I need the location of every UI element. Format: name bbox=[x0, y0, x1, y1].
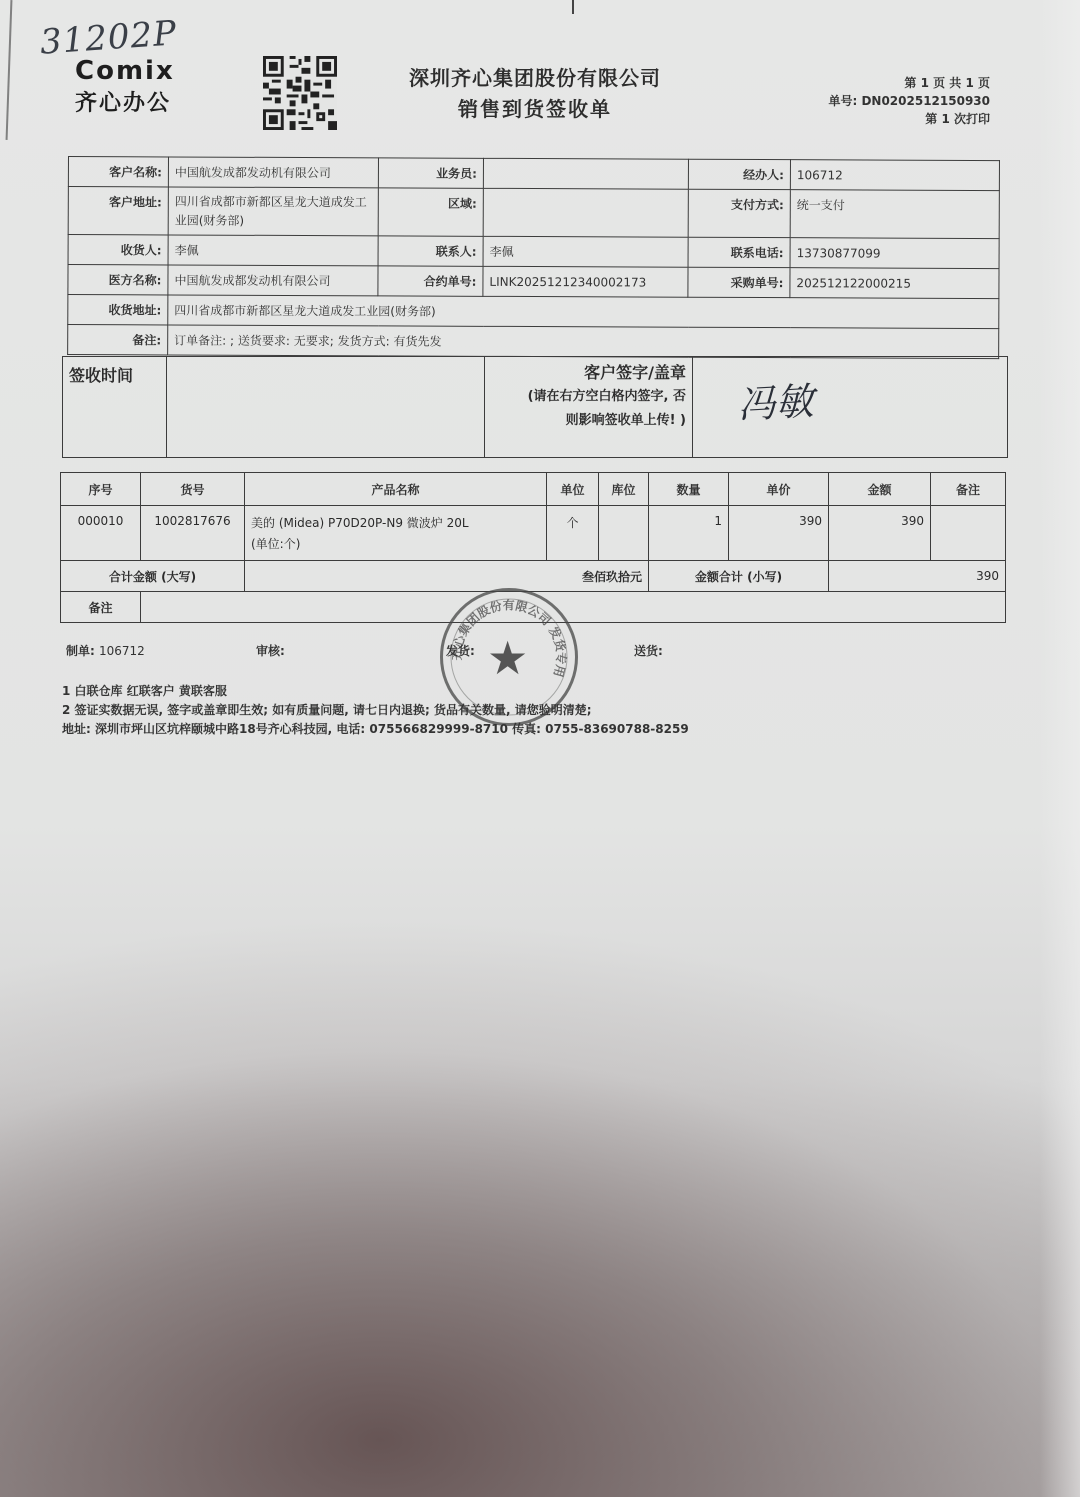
col-amount: 金额 bbox=[829, 473, 931, 506]
deliver-label: 送货: bbox=[634, 642, 663, 659]
customer-name-label: 客户名称: bbox=[68, 157, 168, 187]
print-count: 第 1 次打印 bbox=[828, 110, 990, 128]
page-info: 第 1 页 共 1 页 bbox=[828, 74, 990, 92]
note-terms: 2 签证实数据无误, 签字或盖章即生效; 如有质量问题, 请七日内退换; 货品有… bbox=[62, 701, 689, 720]
total-lower-label: 金额合计 (小写) bbox=[649, 561, 829, 592]
qr-code-icon bbox=[260, 56, 340, 130]
salesperson-label: 业务员: bbox=[378, 158, 483, 188]
footer-notes: 1 白联仓库 红联客户 黄联客服 2 签证实数据无误, 签字或盖章即生效; 如有… bbox=[62, 682, 689, 739]
note-address: 地址: 深圳市坪山区坑梓颐城中路18号齐心科技园, 电话: 0755668299… bbox=[62, 720, 689, 739]
sign-instruction-line1: (请在右方空白格内签字, 否 bbox=[491, 385, 686, 409]
region bbox=[483, 188, 688, 237]
star-icon: ★ bbox=[487, 631, 528, 685]
col-seq: 序号 bbox=[61, 473, 141, 506]
total-row: 合计金额 (大写) 叁佰玖拾元 金额合计 (小写) 390 bbox=[61, 561, 1006, 592]
item-amount: 390 bbox=[829, 506, 931, 561]
document-meta: 第 1 页 共 1 页 单号: DN0202512150930 第 1 次打印 bbox=[828, 74, 990, 128]
total-lower: 390 bbox=[829, 561, 1006, 592]
logo-brand: Comix bbox=[75, 58, 175, 84]
items-header-row: 序号 货号 产品名称 单位 库位 数量 单价 金额 备注 bbox=[61, 473, 1006, 506]
item-unit: 个 bbox=[547, 506, 599, 561]
item-name-line2: (单位:个) bbox=[251, 535, 540, 552]
contact: 李佩 bbox=[483, 236, 688, 267]
document-title: 销售到货签收单 bbox=[380, 93, 690, 122]
sign-off-table: 签收时间 客户签字/盖章 (请在右方空白格内签字, 否 则影响签收单上传! ) … bbox=[62, 356, 1008, 458]
customer-address: 四川省成都市新都区星龙大道成发工业园(财务部) bbox=[168, 187, 378, 236]
col-price: 单价 bbox=[729, 473, 829, 506]
sign-instruction-line2: 则影响签收单上传! ) bbox=[491, 409, 686, 433]
contact-label: 联系人: bbox=[378, 236, 483, 266]
item-seq: 000010 bbox=[61, 506, 141, 561]
maker-label: 制单: bbox=[66, 644, 95, 658]
company-logo: Comix 齐心办公 bbox=[75, 58, 175, 117]
col-remark: 备注 bbox=[931, 473, 1006, 506]
col-product-name: 产品名称 bbox=[245, 473, 547, 506]
signature-field[interactable]: 冯敏 bbox=[693, 357, 1008, 458]
note-copies: 1 白联仓库 红联客户 黄联客服 bbox=[62, 682, 689, 701]
item-price: 390 bbox=[729, 506, 829, 561]
order-number-value: DN0202512150930 bbox=[861, 94, 990, 108]
sign-time-label: 签收时间 bbox=[63, 357, 167, 458]
item-name-line1: 美的 (Midea) P70D20P-N9 微波炉 20L bbox=[251, 514, 540, 531]
delivery-address-label: 收货地址: bbox=[68, 295, 168, 325]
customer-sign-label: 客户签字/盖章 bbox=[491, 361, 686, 385]
company-name: 深圳齐心集团股份有限公司 bbox=[380, 62, 690, 91]
phone-label: 联系电话: bbox=[688, 237, 790, 267]
item-qty: 1 bbox=[649, 506, 729, 561]
col-qty: 数量 bbox=[649, 473, 729, 506]
order-number-label: 单号: bbox=[828, 94, 857, 108]
hospital-label: 医方名称: bbox=[68, 265, 168, 295]
salesperson bbox=[483, 158, 688, 189]
paper-edge-mark bbox=[572, 0, 574, 14]
order-remark: 订单备注: ; 送货要求: 无要求; 发货方式: 有货先发 bbox=[168, 325, 999, 359]
item-sku: 1002817676 bbox=[141, 506, 245, 561]
handler: 106712 bbox=[790, 160, 999, 191]
customer-name: 中国航发成都发动机有限公司 bbox=[168, 157, 378, 188]
contract-number: LINK20251212340002173 bbox=[483, 266, 688, 297]
purchase-label: 采购单号: bbox=[688, 267, 790, 297]
customer-address-label: 客户地址: bbox=[68, 187, 168, 235]
order-number: 单号: DN0202512150930 bbox=[828, 92, 990, 110]
region-label: 区域: bbox=[378, 188, 483, 236]
phone: 13730877099 bbox=[790, 238, 999, 269]
document-header: 深圳齐心集团股份有限公司 销售到货签收单 bbox=[380, 62, 690, 122]
col-location: 库位 bbox=[599, 473, 649, 506]
total-upper: 叁佰玖拾元 bbox=[245, 561, 649, 592]
remark-label: 备注: bbox=[68, 325, 168, 355]
table-row: 000010 1002817676 美的 (Midea) P70D20P-N9 … bbox=[61, 506, 1006, 561]
logo-brand-cn: 齐心办公 bbox=[75, 86, 175, 117]
total-upper-label: 合计金额 (大写) bbox=[61, 561, 245, 592]
payment-method: 统一支付 bbox=[790, 190, 999, 239]
col-sku: 货号 bbox=[141, 473, 245, 506]
note-label: 备注 bbox=[61, 592, 141, 623]
maker: 制单: 106712 bbox=[66, 642, 145, 659]
customer-signature: 冯敏 bbox=[697, 356, 814, 431]
maker-value: 106712 bbox=[99, 644, 145, 658]
paper-highlight bbox=[1040, 0, 1080, 1497]
receiver-label: 收货人: bbox=[68, 235, 168, 265]
col-unit: 单位 bbox=[547, 473, 599, 506]
handler-label: 经办人: bbox=[688, 159, 790, 189]
review-label: 审核: bbox=[256, 642, 285, 659]
item-location bbox=[599, 506, 649, 561]
delivery-address: 四川省成都市新都区星龙大道成发工业园(财务部) bbox=[168, 295, 999, 329]
sign-time-field[interactable] bbox=[167, 357, 485, 458]
payment-label: 支付方式: bbox=[688, 189, 790, 237]
margin-pen-line bbox=[6, 0, 13, 140]
receiver: 李佩 bbox=[168, 235, 378, 266]
item-remark bbox=[931, 506, 1006, 561]
item-name: 美的 (Midea) P70D20P-N9 微波炉 20L (单位:个) bbox=[245, 506, 547, 561]
contract-label: 合约单号: bbox=[378, 266, 483, 296]
customer-info-table: 客户名称: 中国航发成都发动机有限公司 业务员: 经办人: 106712 客户地… bbox=[67, 156, 1000, 359]
sign-prompt: 客户签字/盖章 (请在右方空白格内签字, 否 则影响签收单上传! ) bbox=[485, 357, 693, 458]
hospital-name: 中国航发成都发动机有限公司 bbox=[168, 265, 378, 296]
purchase-number: 202512122000215 bbox=[790, 268, 999, 299]
